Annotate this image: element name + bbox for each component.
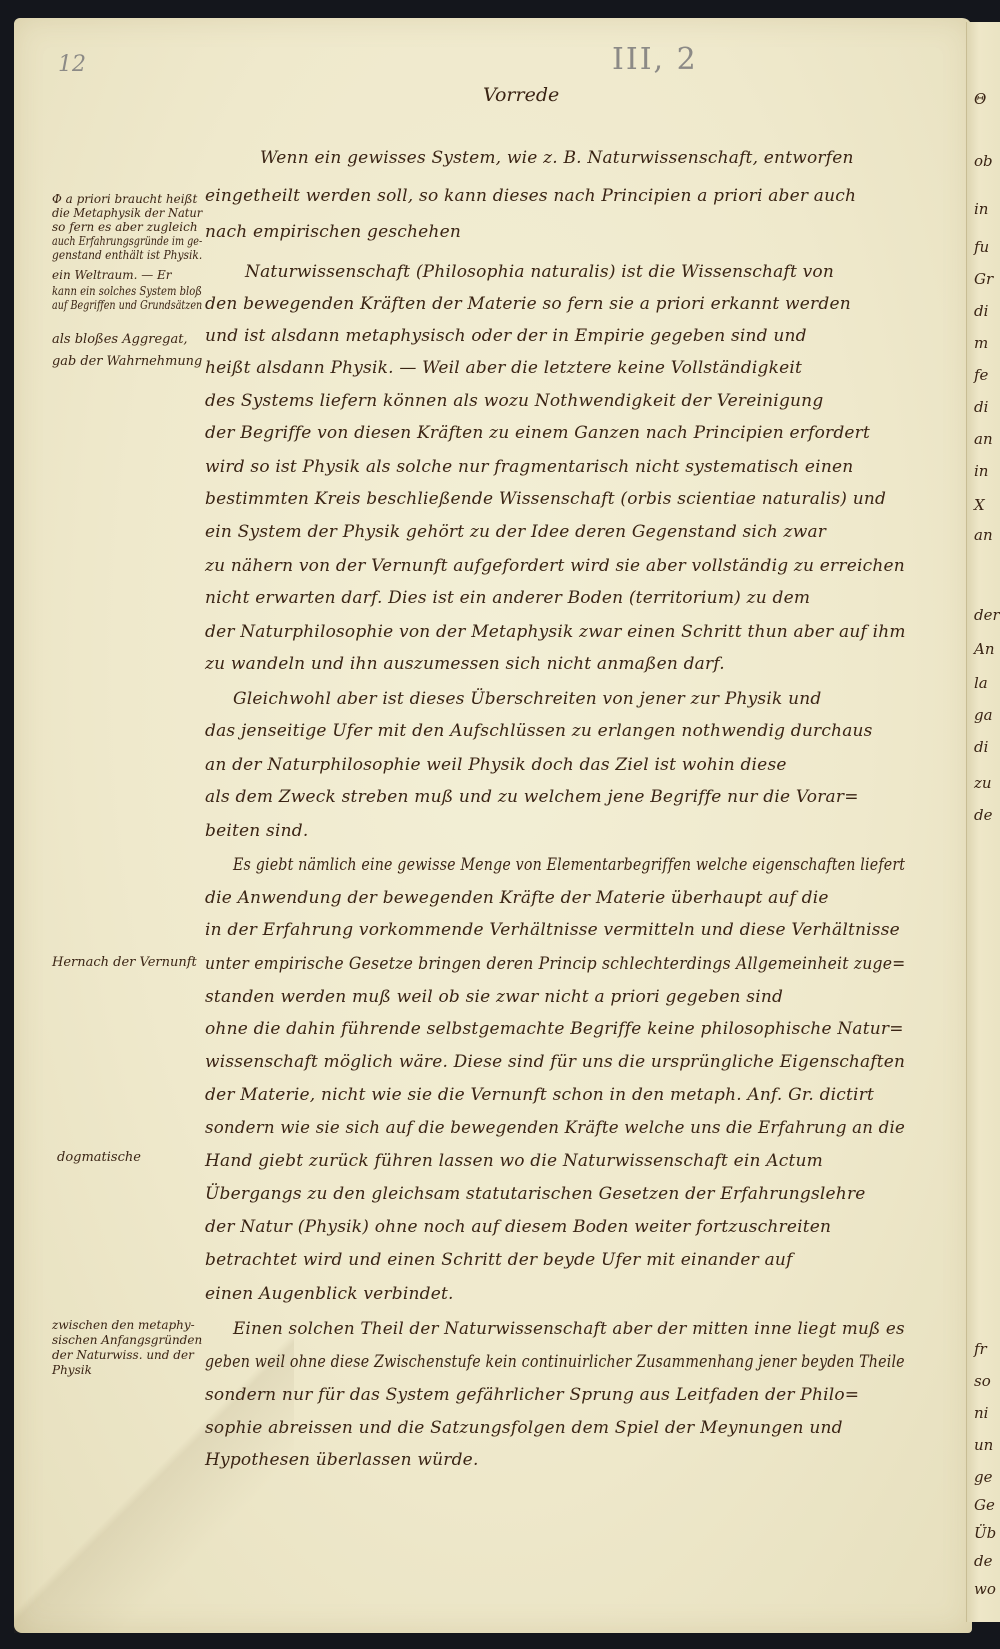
body-line: der Natur (Physik) ohne noch auf diesem … — [205, 1217, 831, 1237]
body-line: das jenseitige Ufer mit den Aufschlüssen… — [205, 721, 873, 741]
body-line: den bewegenden Kräften der Materie so fe… — [205, 294, 851, 314]
body-line: Es giebt nämlich eine gewisse Menge von … — [233, 855, 905, 875]
adjacent-line: fr — [974, 1340, 987, 1358]
adjacent-line: un — [974, 1436, 993, 1454]
body-line: beiten sind. — [205, 821, 308, 841]
margin-line: dogmatische — [57, 1150, 141, 1165]
body-line: nicht erwarten darf. Dies ist ein andere… — [205, 588, 810, 608]
margin-line: Hernach der Vernunft — [52, 955, 197, 970]
adjacent-line: ge — [974, 1468, 992, 1486]
body-line: an der Naturphilosophie weil Physik doch… — [205, 755, 787, 775]
adjacent-line: m — [974, 334, 988, 352]
adjacent-line: ga — [974, 706, 993, 724]
body-line: nach empirischen geschehen — [205, 222, 461, 242]
adjacent-line: an — [974, 526, 993, 544]
adjacent-line: di — [974, 302, 988, 320]
margin-line: der Naturwiss. und der — [52, 1348, 194, 1362]
adjacent-line: so — [974, 1372, 991, 1390]
adjacent-line: de — [974, 1552, 992, 1570]
body-line: zu nähern von der Vernunft aufgefordert … — [205, 556, 905, 576]
adjacent-line: la — [974, 674, 988, 692]
adjacent-line: in — [974, 462, 988, 480]
body-line: Hypothesen überlassen würde. — [205, 1450, 479, 1470]
margin-line: genstand enthält ist Physik. — [52, 248, 202, 262]
body-line: Einen solchen Theil der Naturwissenschaf… — [233, 1319, 905, 1339]
signature-mark: III, 2 — [612, 42, 698, 77]
page-heading: Vorrede — [483, 84, 559, 106]
margin-line: sischen Anfangsgründen — [52, 1333, 202, 1347]
body-line: der Materie, nicht wie sie die Vernunft … — [205, 1085, 874, 1105]
body-line: der Naturphilosophie von der Metaphysik … — [205, 622, 906, 642]
body-line: Hand giebt zurück führen lassen wo die N… — [205, 1151, 823, 1171]
adjacent-line: fu — [974, 238, 989, 256]
body-line: betrachtet wird und einen Schritt der be… — [205, 1250, 793, 1270]
margin-line: zwischen den metaphy- — [52, 1318, 195, 1332]
adjacent-line: Ge — [974, 1496, 995, 1514]
margin-line: so fern es aber zugleich — [52, 220, 198, 234]
body-line: ohne die dahin führende selbstgemachte B… — [205, 1019, 904, 1039]
adjacent-line: X — [974, 496, 985, 514]
adjacent-line: di — [974, 738, 988, 756]
margin-line: kann ein solches System bloß — [52, 284, 202, 298]
adjacent-line: Gr — [974, 270, 993, 288]
adjacent-line: in — [974, 200, 988, 218]
body-line: die Anwendung der bewegenden Kräfte der … — [205, 888, 829, 908]
margin-line: die Metaphysik der Natur — [52, 206, 202, 220]
margin-line: als bloßes Aggregat, — [52, 332, 188, 347]
margin-line: auch Erfahrungsgründe im ge- — [52, 234, 202, 248]
body-line: heißt alsdann Physik. — Weil aber die le… — [205, 358, 802, 378]
body-line: ein System der Physik gehört zu der Idee… — [205, 522, 826, 542]
margin-line: auf Begriffen und Grundsätzen — [52, 298, 202, 312]
body-line: unter empirische Gesetze bringen deren P… — [205, 954, 905, 974]
body-line: wird so ist Physik als solche nur fragme… — [205, 457, 853, 477]
body-line: geben weil ohne diese Zwischenstufe kein… — [205, 1352, 905, 1372]
body-line: in der Erfahrung vorkommende Verhältniss… — [205, 920, 900, 940]
adjacent-line: An — [974, 640, 995, 658]
margin-line: gab der Wahrnehmung — [52, 354, 202, 369]
margin-line: Physik — [52, 1363, 92, 1377]
body-line: sophie abreissen und die Satzungsfolgen … — [205, 1418, 843, 1438]
adjacent-line: der — [974, 606, 1000, 624]
margin-line: ein Weltraum. — Er — [52, 268, 172, 282]
body-line: Gleichwohl aber ist dieses Überschreiten… — [233, 689, 821, 709]
adjacent-line: ni — [974, 1404, 988, 1422]
adjacent-line: an — [974, 430, 993, 448]
body-line: standen werden muß weil ob sie zwar nich… — [205, 987, 783, 1007]
adjacent-line: ob — [974, 152, 993, 170]
adjacent-line: Θ — [974, 90, 986, 108]
adjacent-line: wo — [974, 1580, 996, 1598]
adjacent-line: fe — [974, 366, 988, 384]
body-line: des Systems liefern können als wozu Noth… — [205, 391, 823, 411]
margin-line: Φ a priori braucht heißt — [52, 192, 197, 206]
body-line: als dem Zweck streben muß und zu welchem… — [205, 787, 859, 807]
body-line: Wenn ein gewisses System, wie z. B. Natu… — [260, 148, 854, 168]
body-line: einen Augenblick verbindet. — [205, 1284, 454, 1304]
folio-number: 12 — [58, 52, 86, 77]
body-line: Übergangs zu den gleichsam statutarische… — [205, 1184, 866, 1204]
adjacent-line: Üb — [974, 1524, 996, 1542]
body-line: wissenschaft möglich wäre. Diese sind fü… — [205, 1052, 905, 1072]
body-line: sondern wie sie sich auf die bewegenden … — [205, 1118, 905, 1138]
body-line: bestimmten Kreis beschließende Wissensch… — [205, 489, 886, 509]
body-line: der Begriffe von diesen Kräften zu einem… — [205, 423, 870, 443]
adjacent-line: de — [974, 806, 992, 824]
adjacent-line: di — [974, 398, 988, 416]
body-line: Naturwissenschaft (Philosophia naturalis… — [245, 262, 834, 282]
adjacent-line: zu — [974, 774, 992, 792]
body-line: eingetheilt werden soll, so kann dieses … — [205, 186, 856, 206]
body-line: zu wandeln und ihn auszumessen sich nich… — [205, 654, 725, 674]
body-line: sondern nur für das System gefährlicher … — [205, 1385, 859, 1405]
body-line: und ist alsdann metaphysisch oder der in… — [205, 326, 807, 346]
